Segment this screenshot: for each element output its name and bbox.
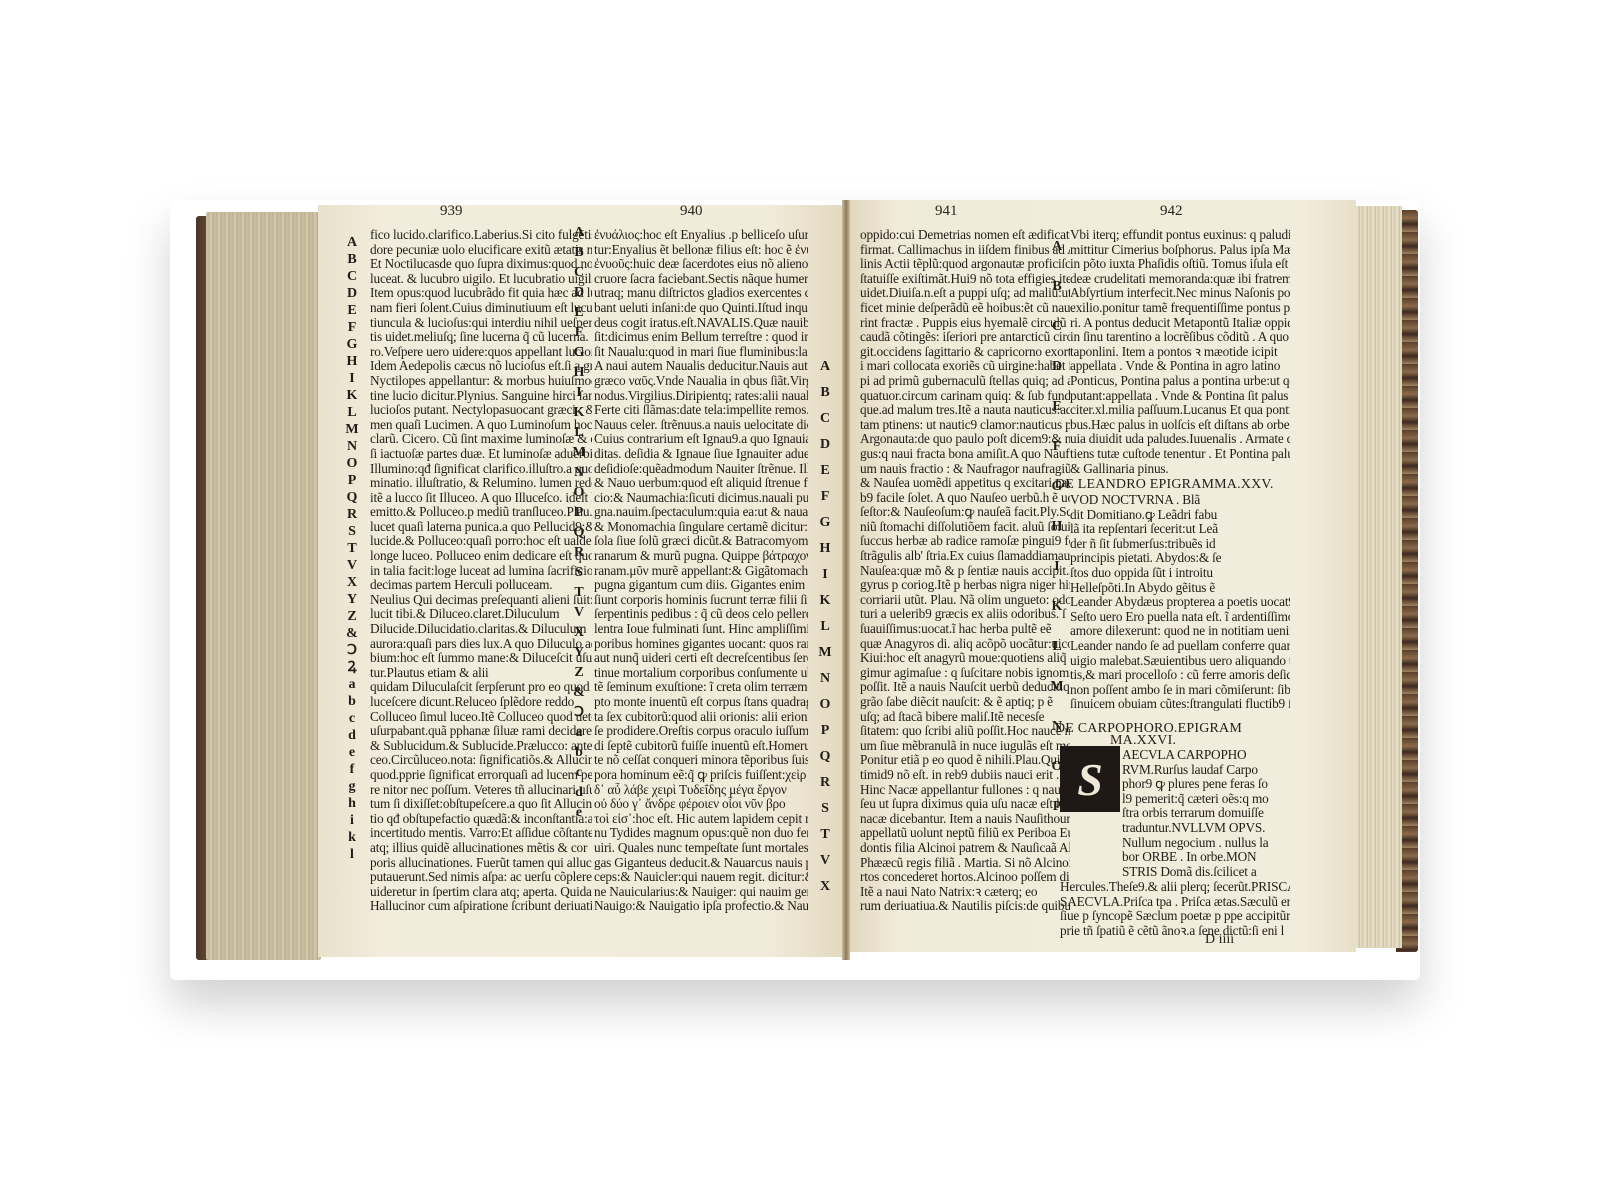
text-line: Kiui:hoc eſt anagyrũ moue:quotiens aliq̃…	[860, 651, 1070, 666]
text-line: STRIS Domã dis.ſcilicet a	[1122, 865, 1290, 880]
margin-letter: b	[345, 695, 359, 712]
margin-letter: O	[818, 698, 832, 724]
section-text-carpophorus: Hercules.Theſe9.& alii plerq; ſecerũt.PR…	[1060, 880, 1290, 938]
text-line: Hinc Nacæ appellantur fullones : q nauci…	[860, 783, 1070, 798]
text-line: ſiunt corporis hominis ſucrunt terræ fil…	[594, 593, 808, 608]
margin-letter: R	[818, 776, 832, 802]
text-line: putant:appellata . Vnde & Pontina ſit pa…	[1070, 389, 1290, 404]
text-line: Dilucide.Dilucidatio.claritas.& Diluculu…	[370, 622, 592, 637]
text-line: tio qđ obſtupefactio quædã:& inconſtanti…	[370, 812, 592, 827]
margin-letter: D	[818, 438, 832, 464]
section-heading-carpophorus-2: MA.XXVI.	[1110, 734, 1310, 749]
text-line: ſeſtor:& Nauſeoſum:ꝙ nauſeã facit.Ply.Sc…	[860, 505, 1070, 520]
text-line: incertitudo mentis. Varro:Et aſſidue cõſ…	[370, 826, 592, 841]
margin-letter: B	[345, 253, 359, 270]
text-line: ſtrãgulis alb' ſtria.Ex cuius ſlamaddiam…	[860, 549, 1070, 564]
text-line: lentra Ioue fulminati ſunt. Hinc ampliſſ…	[594, 622, 808, 637]
text-line: SAECVLA.Priſca tpa . Priſca ætas.Sæculũ …	[1060, 895, 1290, 910]
margin-letter: D	[345, 287, 359, 304]
text-line: tam ptinens: ut nautic9 clamor:nauticus …	[860, 418, 1070, 433]
text-line: ἐνυοῦς:huic deæ ſacerdotes eius nõ alien…	[594, 257, 808, 272]
text-line: Et Noctilucasde quo ſupra diximus:quod n…	[370, 257, 592, 272]
text-line: uidet.Diuiſa.n.eſt a puppi uſq; ad maliũ…	[860, 286, 1070, 301]
text-line: putauerunt.Sed nimis aſpa: ac uerſu cõpl…	[370, 870, 592, 885]
text-line: ἐνυάλιος:hoc eſt Enyalius .p belliceſo u…	[594, 228, 808, 243]
text-column-940: ἐνυάλιος:hoc eſt Enyalius .p belliceſo u…	[594, 228, 808, 914]
text-line: pora hominum eẽ:q̃ ꝙ priſcis fuiſſent:χε…	[594, 768, 808, 783]
text-line: in põto iuxta Phaſidis oſtiũ. Tomus iſul…	[1070, 257, 1290, 272]
margin-letter: O	[345, 457, 359, 474]
text-column-942: Vbi iterq; effundit pontus euxinus: q pa…	[1070, 228, 1290, 476]
margin-letter: C	[345, 270, 359, 287]
margin-letter: &	[345, 627, 359, 644]
text-line: ditas. deſidia & Ignaue ſiue Ignauiter a…	[594, 447, 808, 462]
text-line: Idem Aedepolis cæcus nõ lucioſus eſt.ſi …	[370, 359, 592, 374]
text-line: ſtatuiſſe exiſtimãt.Hui9 nõ tota effigie…	[860, 272, 1070, 287]
margin-letter: Q	[345, 491, 359, 508]
text-line: Ferte citi ſlãmas:date tela:impellite re…	[594, 403, 808, 418]
text-line: itẽ a lucco ſit Illuceo. A quo Illuceſco…	[370, 491, 592, 506]
text-line: ſeu ut ſupra diximus quia uſu nacæ eſt l…	[860, 797, 1070, 812]
text-line: ſit Naualu:quod in mari ſiue fluminibus:…	[594, 345, 808, 360]
text-line: amore dilexerunt: quod ne in notitiam ue…	[1070, 624, 1290, 639]
text-line: Illumino:qđ ſignificat clarifico.illuſtr…	[370, 462, 592, 477]
text-line: ſuauiſſimus:uocat.ĩ hac herba pultẽ eẽ	[860, 622, 1070, 637]
text-line: Helleſpõti.In Abydo gẽitus ẽ	[1070, 581, 1290, 596]
margin-letter: S	[345, 525, 359, 542]
text-line: uia diuidit uda paludes.Iuuenalis . Arma…	[1070, 432, 1290, 447]
text-line: um nauis fractio : & Naufragor naufragiũ…	[860, 462, 1070, 477]
margin-letter: T	[818, 828, 832, 854]
text-line: corriarii utũt. Plau. Nã olim ungueto: o…	[860, 593, 1070, 608]
text-line: ſi iactuoſæ partes duæ. Et luminoſæ adue…	[370, 447, 592, 462]
text-line: que.ad malum tres.Itẽ a nauta nauticus:a…	[860, 403, 1070, 418]
text-line: bor ORBE . In orbe.MON	[1122, 850, 1290, 865]
text-line: ſola ſiue ſolũ græci dicũt.& Batracomyom…	[594, 534, 808, 549]
text-line: luceat. & lucubro uigilo. Et lucubratio …	[370, 272, 592, 287]
margin-letter: Y	[345, 593, 359, 610]
text-line: citer.xl.milia paſſuum.Lucanus Et qua po…	[1070, 403, 1290, 418]
text-line: Phææcũ regis filiã . Martia. Si nõ Alcin…	[860, 856, 1070, 871]
text-line: atq; illius quidẽ allucinationes mẽtis &…	[370, 841, 592, 856]
margin-letter: C	[818, 412, 832, 438]
text-line: uigio malebat.Sæuientibus uero aliquando…	[1070, 654, 1290, 669]
margin-letter: I	[345, 372, 359, 389]
text-line: ſtra orbis terrarum domuiſſe	[1122, 806, 1290, 821]
margin-letter: A	[818, 360, 832, 386]
text-line: appellatũ uolunt neptũ filiũ ex Periboa …	[860, 826, 1070, 841]
text-line: tinue mortalium corporibus conſumente ub…	[594, 666, 808, 681]
text-line: tis uidet.meliuſq; ſine lucerna q̃ cũ lu…	[370, 330, 592, 345]
text-line: clarũ. Cicero. Cũ ſint maxime luminoſæ &…	[370, 432, 592, 447]
text-line: caudã cõtingẽs: iſeriori pre antarcticũ …	[860, 330, 1070, 345]
text-line: uſurpabant.quã pphanæ ſiluæ rami decider…	[370, 724, 592, 739]
margin-letter: d	[345, 729, 359, 746]
text-line: quatuor.circum carinam quiq: & ſub fundo…	[860, 389, 1070, 404]
text-line: git.occidens ſagittario & capricorno exo…	[860, 345, 1070, 360]
margin-letter: F	[345, 321, 359, 338]
text-line: Seſto uero Ero puella nata eſt. ĩ ardent…	[1070, 610, 1290, 625]
text-line: Cuius contrarium eſt Ignau9.a quo Ignaui…	[594, 432, 808, 447]
margin-letter: g	[345, 780, 359, 797]
margin-letter: G	[345, 338, 359, 355]
page-number-941: 941	[935, 203, 958, 220]
text-line: i mari collocata exoriẽs cũ uirgine:habe…	[860, 359, 1070, 374]
text-line: & Monomachia ſingulare certamẽ dicitur:q…	[594, 520, 808, 535]
text-line: ta ſex cubitorũ:quod alii orionis: alii …	[594, 710, 808, 725]
signature-mark: D iiii	[1205, 932, 1234, 948]
text-line: ſerpentinis pedibus : q̃ cũ deos celo pe…	[594, 607, 808, 622]
margin-letter: e	[345, 746, 359, 763]
text-line: lã ita repſentari ſecerit:ut Leã	[1070, 522, 1290, 537]
text-line: ſtos duo oppida ſũt i introitu	[1070, 566, 1290, 581]
text-line: deæ crudelitati memoranda:quæ ibi fratre…	[1070, 272, 1290, 287]
text-line: ri. A pontus deducit Metapontũ Italiæ op…	[1070, 316, 1290, 331]
initial-letter: S	[1077, 753, 1103, 806]
text-line: Ponticus, Pontina palus a pontina urbe:u…	[1070, 374, 1290, 389]
text-line: lucide.& Polluceo:quaſi porro:hoc eſt ua…	[370, 534, 592, 549]
margin-letter: P	[818, 724, 832, 750]
margin-letter: H	[345, 355, 359, 372]
page-number-940: 940	[680, 203, 703, 220]
margin-letter: F	[818, 490, 832, 516]
margin-letter: f	[345, 763, 359, 780]
text-line: um ſiue mẽbranulã in nuce iugulãs eſt me…	[860, 739, 1070, 754]
text-line: der ñ ſit ſubmerſus:tribuẽs id	[1070, 537, 1290, 552]
text-line: & Sublucidum.& Sublucide.Prælucco: antel…	[370, 739, 592, 754]
text-line: Hercules.Theſe9.& alii plerq; ſecerũt.PR…	[1060, 880, 1290, 895]
text-line: traduntur.NVLLVM OPVS.	[1122, 821, 1290, 836]
text-line: luceſcere dicunt.Reluceo ſplẽdore reddo	[370, 695, 592, 710]
text-line: deſidioſe:quẽadmodum Nauiter ſtrẽnue. Il…	[594, 462, 808, 477]
text-line: niũ ſtomachi diſſolutiõem facit. aluũ ſo…	[860, 520, 1070, 535]
text-line: linis Actii tẽplũ:quod argonautæ profici…	[860, 257, 1070, 272]
text-line: Nauus celer. ſtrẽnuus.a nauis uelocitate…	[594, 418, 808, 433]
margin-letter: V	[818, 854, 832, 880]
text-line: appellata . Vnde & Pontina in agro latin…	[1070, 359, 1290, 374]
text-line: pto monte inuentũ eſt corpus ſtans quadr…	[594, 695, 808, 710]
text-line: oppido:cui Demetrias nomen eſt ædificata…	[860, 228, 1070, 243]
text-line: longe luceo. Polluceo enim dedicare eſt …	[370, 549, 592, 564]
text-line: Argonauta:de quo paulo poſt dicem9:& nau…	[860, 432, 1070, 447]
text-line: phor9 ꝙ plures pene feras ſo	[1122, 777, 1290, 792]
text-line: Itẽ a naui Nato Natrix:ꝛ cæterq; eo	[860, 885, 1070, 900]
text-line: ſuccus herbæ ab radice ramoſæ pingui9 fo…	[860, 534, 1070, 549]
text-line: Colluceo ſimul luceo.Itẽ Colluceo quod u…	[370, 710, 592, 725]
text-line: deus cogit iratus.eſt.NAVALIS.Quæ nauibu…	[594, 316, 808, 331]
text-line: Ponitur etiã p eo quod ẽ nihili.Plau.Qui…	[860, 753, 1070, 768]
text-line: Nullum negocium . nullus la	[1122, 836, 1290, 851]
text-line: uideretur in ſpertim clara atq; aperta. …	[370, 885, 592, 900]
text-line: tur.Plautus etiam & alii	[370, 666, 592, 681]
text-line: Leander nando ſe ad puellam conferre qua…	[1070, 639, 1290, 654]
margin-letter: Z	[345, 610, 359, 627]
text-line: te nõ ceſſat conqueri minora tẽporibus ſ…	[594, 753, 808, 768]
text-line: bant ueluti inſani:de quo Quinti.Iſtud i…	[594, 301, 808, 316]
margin-letter: S	[818, 802, 832, 828]
text-line: A naui autem Naualis deducitur.Nauis aut…	[594, 359, 808, 374]
text-line: rint fractæ . Puppis eius hyemalẽ circul…	[860, 316, 1070, 331]
text-line: bus.Hæc palus in uolſcis eſt diſtans ab …	[1070, 418, 1290, 433]
left-page-edges	[206, 212, 321, 960]
text-line: nodus.Virgilius.Diripientq; rates:alii n…	[594, 389, 808, 404]
text-line: gus:q naui fracta bona amiſit.A quo Nauf…	[860, 447, 1070, 462]
text-line: tẽ ſeminum exuſtione: ĩ creta olim terræ…	[594, 680, 808, 695]
text-line: δ᾽ αὖ λάβε χειρὶ Τυδεΐδης μέγα ἔργον	[594, 783, 808, 798]
margin-letter: P	[345, 474, 359, 491]
text-line: pi ad primũ gubernaculũ ſtellas quiq; ad…	[860, 374, 1070, 389]
margin-letter: Ꝝ	[345, 661, 359, 678]
text-line: quæ Anagyros di. aliq acõpõ uocãtur:uico	[860, 637, 1070, 652]
text-line: οὐ δύο γ᾽ ἄνδρε φέροιεν οἷοι νῦν βρο	[594, 797, 808, 812]
text-line: cruore ſacra faciebant.Sectis nãque hume…	[594, 272, 808, 287]
text-line: men quaſi Lucimen. A quo Luminoſum hoc e…	[370, 418, 592, 433]
text-line: minatio. illuſtratio, & Relumino. lumen …	[370, 476, 592, 491]
text-line: & Gallinaria pinus.	[1070, 462, 1290, 477]
text-line: ficet minie deſperãdũ eẽ hoibus:ẽt cũ na…	[860, 301, 1070, 316]
text-line: dit Domitiano.ꝙ Leãdri fabu	[1070, 508, 1290, 523]
text-line: emitto.& Polluceo.p mediũ tranſluceo.Pla…	[370, 505, 592, 520]
margin-letter: Q	[818, 750, 832, 776]
margin-letter: E	[345, 304, 359, 321]
margin-letter: T	[345, 542, 359, 559]
text-line: bium:hoc eſt ſummo mane:& Diluceſcit uſu…	[370, 651, 592, 666]
text-line: Nauſea:quæ mõ & p ſentiæ nauis accipit.P…	[860, 564, 1070, 579]
text-line: nu Tydides magnum opus:quẽ non duo ferre…	[594, 826, 808, 841]
margin-letter: H	[818, 542, 832, 568]
text-line: quidam Diluculaſcit ſerpſerunt pro eo qu…	[370, 680, 592, 695]
text-line: pugna gigantum cum diis. Gigantes enim u…	[594, 578, 808, 593]
margin-letter: V	[345, 559, 359, 576]
section-text-carpophorus-beside-initial: AECVLA CARPOPHORVM.Rurſus laudaf Carpoph…	[1122, 748, 1290, 879]
text-line: Nauigo:& Nauigatio ipſa profectio.& Naui…	[594, 899, 808, 914]
text-line: ranarum & murũ pugna. Quippe βάτραχον	[594, 549, 808, 564]
margin-letter: M	[818, 646, 832, 672]
text-line: poribus homines gigantes uocant: quos ra…	[594, 637, 808, 652]
text-line: ſit:dicimus enim Bellum terreſtre : quod…	[594, 330, 808, 345]
text-line: tiuncula & lucioſus:qui interdiu nihil u…	[370, 316, 592, 331]
text-line: grão ſabe diẽcit nauſcit: & ẽ aptiq; p ẽ	[860, 695, 1070, 710]
right-page-edges	[1352, 206, 1402, 948]
text-line: lucit tibi.& Diluceo.claret.Diluculum	[370, 607, 592, 622]
text-line: poſſit. Itẽ a nauis Nauſcit uerbũ deduci…	[860, 680, 1070, 695]
margin-letter: K	[818, 594, 832, 620]
text-line: gimur agimaſue : q ſuſcitare nobis ignom…	[860, 666, 1070, 681]
margin-letter: A	[345, 236, 359, 253]
margin-letter: l	[345, 848, 359, 865]
text-line: exilio.ponitur tamẽ frequentiſſime pontu…	[1070, 301, 1290, 316]
margin-letter: N	[818, 672, 832, 698]
text-line: gyrus p coriog.Itẽ p herbas nigra niger …	[860, 578, 1070, 593]
text-line: tis,& mari procelloſo : cũ ferre amoris …	[1070, 668, 1290, 683]
text-line: AECVLA CARPOPHO	[1122, 748, 1290, 763]
text-line: fico lucido.clarifico.Laberius.Si cito f…	[370, 228, 592, 243]
text-line: turi a uelerib9 græcis ex aliis odoribus…	[860, 607, 1070, 622]
text-line: b9 facile ſolet. A quo Nauſeo uerbũ.h ẽ …	[860, 491, 1070, 506]
margin-letter: N	[345, 440, 359, 457]
text-line: Nyctilopes appellantur: & morbus huiuſmo…	[370, 374, 592, 389]
text-line: prie tñ ſpatiũ ẽ cẽtũ ãnoꝛ.a ſene dictũ:…	[1060, 924, 1290, 939]
margin-letter: G	[818, 516, 832, 542]
text-line: aut nunq̃ uideri certi eſt decreſcentibu…	[594, 651, 808, 666]
text-line: lucet quaſi laterna punica.a quo Pelluci…	[370, 520, 592, 535]
margin-letter: L	[345, 406, 359, 423]
text-line: Item opus:quod lucubrãdo fit quia hæc ad…	[370, 286, 592, 301]
margin-letter: L	[818, 620, 832, 646]
text-line: Hallucinor cum aſpiratione ſcribunt deri…	[370, 899, 592, 914]
text-line: ceo.Circũluceo.nota: ſignificatiõs.& All…	[370, 753, 592, 768]
text-line: Abſyrtium interfecit.Nec minus Naſonis p…	[1070, 286, 1290, 301]
text-line: gna.nauim.ſpectaculum:quia ea:ut & naual…	[594, 505, 808, 520]
page-number-942: 942	[1160, 203, 1183, 220]
text-line: re nitor nec poſſum. Veteres tñ allucina…	[370, 783, 592, 798]
text-line: l9 pemerit:q̃ cæteri oẽs:q mo	[1122, 792, 1290, 807]
margin-letter: X	[818, 880, 832, 906]
text-line: VOD NOCTVRNA . Blã	[1070, 493, 1290, 508]
text-line: principis pietati. Abydos:& ſe	[1070, 551, 1290, 566]
text-line: gas Giganteus deducit.& Nauarcus nauis p…	[594, 856, 808, 871]
text-line: cio:& Naumachia:ſicuti dicimus.nauali pu	[594, 491, 808, 506]
text-line: nam fieri ſolent.Cuius diminutiuum eſt l…	[370, 301, 592, 316]
text-column-939: fico lucido.clarifico.Laberius.Si cito f…	[370, 228, 592, 914]
section-text-leander: VOD NOCTVRNA . Blãdit Domitiano.ꝙ Leãdri…	[1070, 493, 1290, 712]
text-line: Leander Abydæus propterea a poetis uocat…	[1070, 595, 1290, 610]
text-line: græco ναῦς.Vnde Naualia in qbus ſiãt.Vir…	[594, 374, 808, 389]
margin-letter: R	[345, 508, 359, 525]
text-line: non poſſent ambo ſe in mari cõmiſerunt: …	[1070, 683, 1290, 698]
text-line: rum deriuatiua.& Nautilis piſcis:de quib…	[860, 899, 1070, 914]
text-line: firmat. Callimachus in iiſdem finibus ad…	[860, 243, 1070, 258]
text-line: ſiue p ſyncopẽ Sæclum poetæ p ppe accipi…	[1060, 909, 1290, 924]
margin-letter: c	[345, 712, 359, 729]
text-line: dontis filia Alcinoi patrem & Nauſicaã A…	[860, 841, 1070, 856]
text-line: & Nauo uerbum:quod eſt aliquid ſtrenue f…	[594, 476, 808, 491]
text-line: RVM.Rurſus laudaf Carpo	[1122, 763, 1290, 778]
text-line: ne Nauicularius:& Nauiger: qui nauim ger…	[594, 885, 808, 900]
text-line: ſitatem: quo ſcribi aliũ poſſit.Hoc nauc…	[860, 724, 1070, 739]
margin-letter: M	[345, 423, 359, 440]
text-line: ceps:& Nauicler:qui nauem regit. dicitur…	[594, 870, 808, 885]
margin-letters-col3: ABCDEFGHIKLMNOPQRSTVX	[818, 360, 832, 906]
text-line: quod.pprie ſignificat errorquaſi ad luce…	[370, 768, 592, 783]
margin-letter: Ↄ	[345, 644, 359, 661]
margin-letter: B	[818, 386, 832, 412]
text-line: & Nauſea uomẽdi appetitus q excitari nau…	[860, 476, 1070, 491]
text-line: aurora:quaſi pars dies lux.A quo Dilucul…	[370, 637, 592, 652]
text-line: poris allucinationes. Fuerũt tamen qui a…	[370, 856, 592, 871]
margin-letter: E	[818, 464, 832, 490]
text-line: di ſeptẽ cubitorũ fuiſſe inuentũ eſt.Hom…	[594, 739, 808, 754]
text-line: ro.Veſpere uero uidere:quos appellant lu…	[370, 345, 592, 360]
page-number-939: 939	[440, 203, 463, 220]
text-line: rtos concederet hortos.Alcinoo poſſem di…	[860, 870, 1070, 885]
text-column-941: oppido:cui Demetrias nomen eſt ædificata…	[846, 228, 1070, 914]
text-line: Vbi iterq; effundit pontus euxinus: q pa…	[1070, 228, 1290, 243]
text-line: taponlini. Item a pontos ꝛ mæotide icipi…	[1070, 345, 1290, 360]
text-line: ſe prodidere.Oreſtis corpus oraculo iuſſ…	[594, 724, 808, 739]
text-line: lucioſos putant. Nectylopasuocant græci …	[370, 403, 592, 418]
margin-letter: K	[345, 389, 359, 406]
text-line: tum ſi dixiſſet:obſtupeſcere.a quo ſit A…	[370, 797, 592, 812]
text-line: tine lucio dicitur.Plynius. Sanguine hir…	[370, 389, 592, 404]
text-line: τοὶ εἰσ᾽:hoc eſt. Hic autem lapidem cepi…	[594, 812, 808, 827]
section-heading-leander: DE LEANDRO EPIGRAMMA.XXV.	[1055, 478, 1295, 493]
text-line: timid9 nõ eſt. in reb9 dubiis nauci erit…	[860, 768, 1070, 783]
text-line: decimas partem Herculi polluceam.	[370, 578, 592, 593]
text-line: dore pecuniæ uolo elucificare exitũ ætat…	[370, 243, 592, 258]
decorated-initial-s: S	[1060, 746, 1120, 812]
text-line: ſinuicem obuiam cũtes:ſtrangulati flucti…	[1070, 697, 1290, 712]
text-line: mittitur Cimerius boſphorus. Palus ipſa …	[1070, 243, 1290, 258]
text-line: utraq; manu diſtrictos gladios exercente…	[594, 286, 808, 301]
text-line: tiens tutæ cuſtode tenentur . Et Pontina…	[1070, 447, 1290, 462]
text-line: in talia facit:loge luceat ad lumina ſac…	[370, 564, 592, 579]
book-photograph: 939 940 941 942 ABCDEFGHIKLMNOPQRSTVXYZ&…	[0, 0, 1611, 1200]
margin-letter: i	[345, 814, 359, 831]
margin-letter: I	[818, 568, 832, 594]
margin-letters-col1: ABCDEFGHIKLMNOPQRSTVXYZ&ↃꝜabcdefghikl	[345, 236, 359, 865]
text-line: in ſinu tarentino a locrẽſibus cõditũ . …	[1070, 330, 1290, 345]
text-line: ranam.μῦν murẽ appellant:& Gigãtomachia.	[594, 564, 808, 579]
margin-letter: k	[345, 831, 359, 848]
text-line: uſq; ad ſtacã bibere maliſ.Itẽ necesſe	[860, 710, 1070, 725]
text-line: tur:Enyalius ẽt bellonæ filius eſt: hoc …	[594, 243, 808, 258]
margin-letter: X	[345, 576, 359, 593]
text-line: uiri. Quales nunc tempeſtate ſunt mortal…	[594, 841, 808, 856]
text-line: nacæ dicebantur. Item a nauis Nauſithoum	[860, 812, 1070, 827]
margin-letter: a	[345, 678, 359, 695]
margin-letter: h	[345, 797, 359, 814]
text-line: Neulius Qui decimas preſequanti alieni ſ…	[370, 593, 592, 608]
